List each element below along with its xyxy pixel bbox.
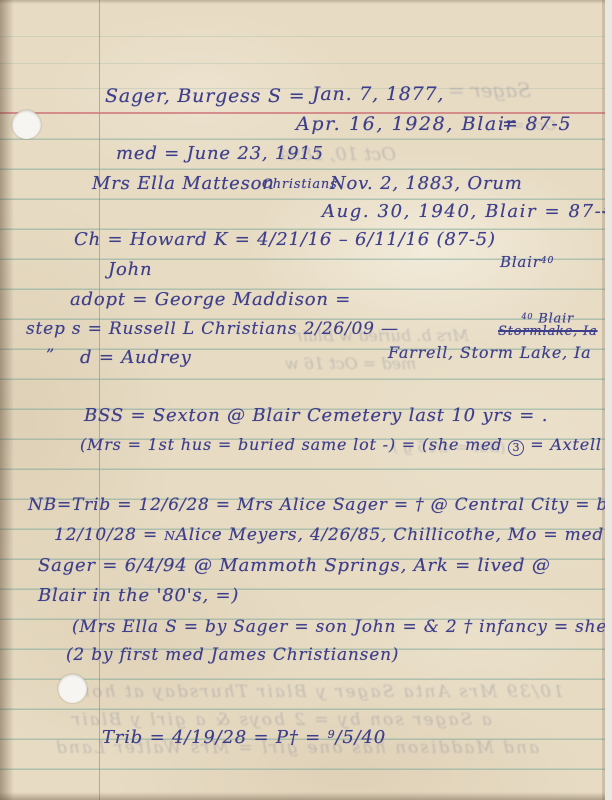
stepson-residence-note: 40 Blair Stormlake, Ia	[498, 312, 598, 340]
page-edge-top-shadow	[0, 0, 612, 4]
red-margin-line-vertical	[99, 0, 100, 800]
adopted-child-line: adopt = George Maddison =	[70, 290, 351, 311]
children-summary-note: (Mrs Ella S = by Sager = son John = & 2 …	[72, 618, 612, 638]
bleedthrough-text: 10/39 Mrs Anta Sager y Blair Thursday at…	[60, 684, 564, 701]
ditto-mark: ”	[46, 346, 55, 364]
bleedthrough-text: Sager =	[448, 80, 531, 100]
page-edge-left-shadow	[0, 0, 14, 800]
inserted-letter: N	[164, 529, 176, 543]
wife-surname-note: Christians	[262, 178, 338, 193]
rule-line	[0, 36, 605, 37]
sexton-note: BSS = Sexton @ Blair Cemetery last 10 yr…	[84, 406, 548, 427]
death-date: Apr. 16, 1928, Blair	[296, 114, 516, 136]
child-howard-line: Ch = Howard K = 4/21/16 – 6/11/16 (87-5)	[74, 230, 496, 251]
tribune-note-3: Sager = 6/4/94 @ Mammoth Springs, Ark = …	[38, 556, 551, 577]
first-marriage-note: (2 by first med James Christiansen)	[66, 646, 399, 666]
scan-background-strip	[605, 0, 612, 800]
stepdaughter-residence-note: Farrell, Storm Lake, Ia	[388, 344, 591, 362]
birth-date: Jan. 7, 1877,	[312, 84, 444, 106]
tribune-note-1: NB=Trib = 12/6/28 = Mrs Alice Sager = † …	[28, 496, 612, 516]
wife-death-date: Aug. 30, 1940, Blair = 87-#5	[322, 202, 612, 223]
struck-residence: Stormlake, Ia	[498, 325, 598, 340]
wife-birth-date: Nov. 2, 1883, Orum	[330, 174, 523, 195]
child-john-line: John	[108, 260, 152, 281]
name-heading: Sager, Burgess S =	[105, 86, 305, 108]
rule-line	[0, 63, 605, 64]
scanned-note-page: Sager = Oct = Oct 10, 1894 Mrs b. buried…	[0, 0, 612, 800]
tribune-citation-line: Trib = 4/19/28 = P† = 9/5/40	[102, 728, 386, 749]
stepson-line: step s = Russell L Christians 2/26/09 —	[26, 320, 399, 340]
stepdaughter-line: d = Audrey	[80, 348, 192, 369]
lot-number: = 87-5	[502, 114, 571, 136]
tribune-note-4: Blair in the '80's, =)	[38, 586, 239, 607]
tribune-note-2: 12/10/28 = NAlice Meyers, 4/26/85, Chill…	[54, 526, 612, 546]
punch-hole-top	[12, 110, 41, 139]
circled-number: 3	[508, 440, 524, 456]
burial-lot-note: (Mrs = 1st hus = buried same lot -) = (s…	[80, 436, 612, 456]
punch-hole-bottom	[58, 674, 87, 703]
john-residence-note: Blair40	[500, 254, 554, 271]
marriage-date: med = June 23, 1915	[116, 144, 324, 165]
page-edge-bottom-shadow	[0, 792, 612, 800]
wife-name: Mrs Ella Matteson	[92, 174, 275, 195]
